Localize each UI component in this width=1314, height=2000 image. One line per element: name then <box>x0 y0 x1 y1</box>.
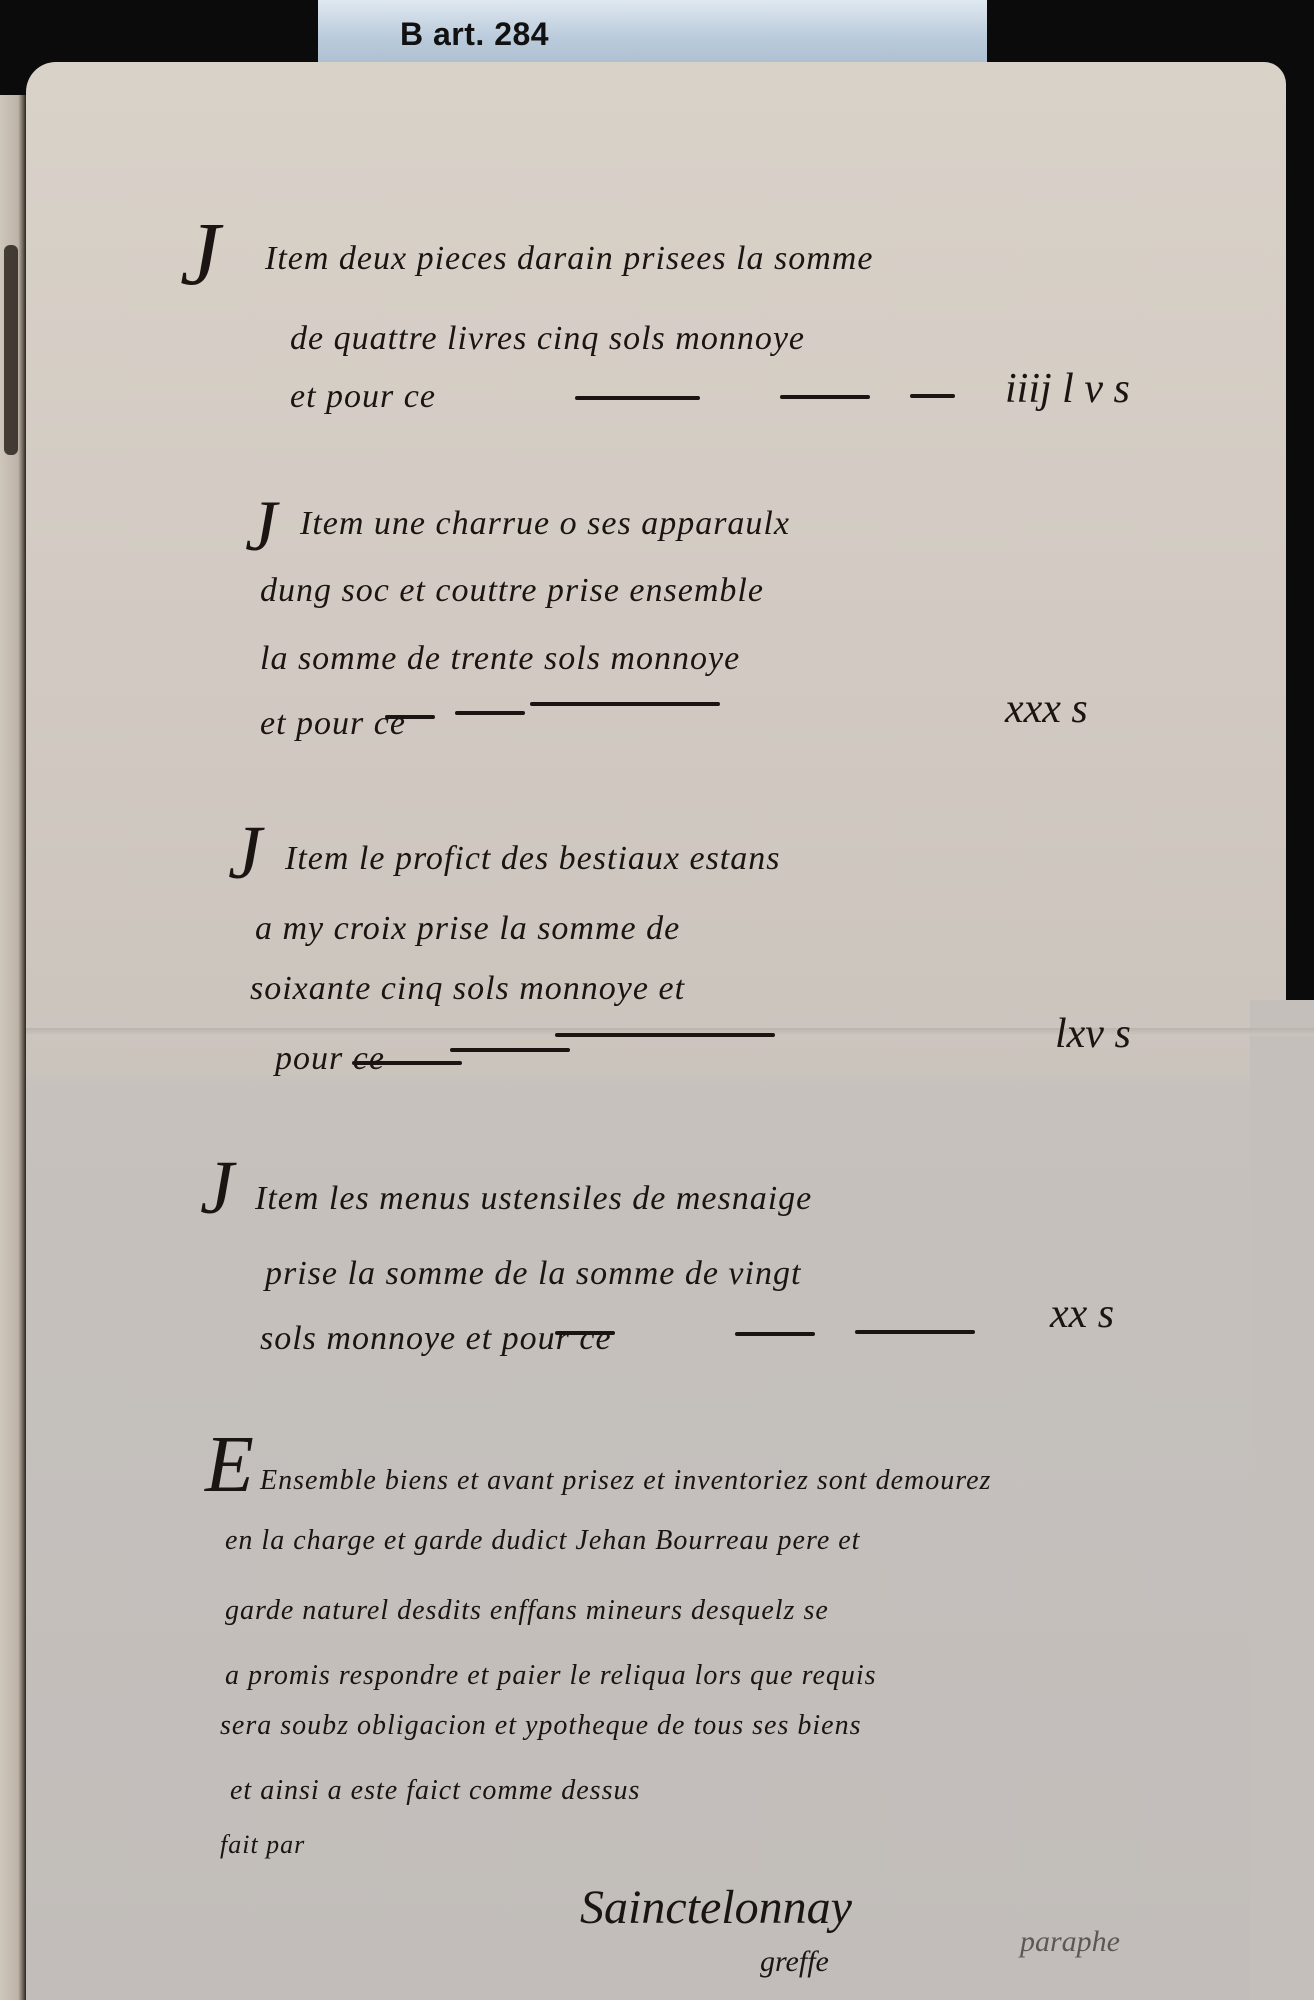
leader-dash <box>455 711 525 715</box>
leader-dash <box>555 1033 775 1037</box>
entry-2-line-1: Item une charrue o ses apparaulx <box>300 505 790 543</box>
entry-2-line-2: dung soc et couttre prise ensemble <box>260 572 764 610</box>
archive-label-text: B art. 284 <box>400 16 549 53</box>
entry-4-line-3: sols monnoye et pour ce <box>260 1320 612 1358</box>
leader-dash <box>855 1330 975 1334</box>
closing-line-2: en la charge et garde dudict Jehan Bourr… <box>225 1525 860 1557</box>
entry-4-line-2: prise la somme de la somme de vingt <box>265 1255 801 1293</box>
leader-dash <box>575 396 700 400</box>
leader-dash <box>735 1332 815 1336</box>
entry-3-line-4: pour ce <box>275 1040 385 1078</box>
item-initial: J <box>245 490 277 562</box>
entry-2-line-3: la somme de trente sols monnoye <box>260 640 740 678</box>
binding-shadow <box>4 245 18 455</box>
entry-4-line-1: Item les menus ustensiles de mesnaige <box>255 1180 812 1218</box>
closing-line-5: sera soubz obligacion et ypotheque de to… <box>220 1710 861 1742</box>
entry-3-line-3: soixante cinq sols monnoye et <box>250 970 685 1008</box>
entry-3-line-2: a my croix prise la somme de <box>255 910 680 948</box>
leader-dash <box>910 394 955 398</box>
entry-2-amount: xxx s <box>1005 685 1088 733</box>
entry-3-line-1: Item le profict des bestiaux estans <box>285 840 780 878</box>
leader-dash <box>385 715 435 719</box>
closing-line-7: fait par <box>220 1830 305 1860</box>
item-initial: J <box>180 210 220 300</box>
entry-1-line-1: Item deux pieces darain prisees la somme <box>265 240 873 278</box>
closing-line-4: a promis respondre et paier le reliqua l… <box>225 1660 877 1692</box>
entry-1-amount: iiij l v s <box>1005 365 1130 413</box>
archive-label: B art. 284 <box>318 0 987 66</box>
entry-4-amount: xx s <box>1050 1290 1114 1338</box>
closing-line-6: et ainsi a este faict comme dessus <box>230 1775 640 1807</box>
signature-paraphe: paraphe <box>1020 1925 1120 1959</box>
leader-dash <box>780 395 870 399</box>
entry-2-line-4: et pour ce <box>260 705 406 743</box>
closing-line-3: garde naturel desdits enffans mineurs de… <box>225 1595 829 1627</box>
item-initial: J <box>228 815 262 891</box>
leader-dash <box>352 1061 462 1065</box>
closing-line-1: Ensemble biens et avant prisez et invent… <box>260 1465 991 1497</box>
signature-title: greffe <box>760 1945 829 1979</box>
entry-3-amount: lxv s <box>1055 1010 1131 1058</box>
leader-dash <box>450 1048 570 1052</box>
entry-1-line-2: de quattre livres cinq sols monnoye <box>290 320 805 358</box>
item-initial: J <box>200 1150 234 1226</box>
leader-dash <box>530 702 720 706</box>
leader-dash <box>555 1331 615 1335</box>
ensemble-initial: E <box>205 1425 254 1505</box>
notary-signature: Sainctelonnay <box>580 1880 852 1935</box>
entry-1-line-3: et pour ce <box>290 378 436 416</box>
paper-extension <box>1250 1000 1314 2000</box>
